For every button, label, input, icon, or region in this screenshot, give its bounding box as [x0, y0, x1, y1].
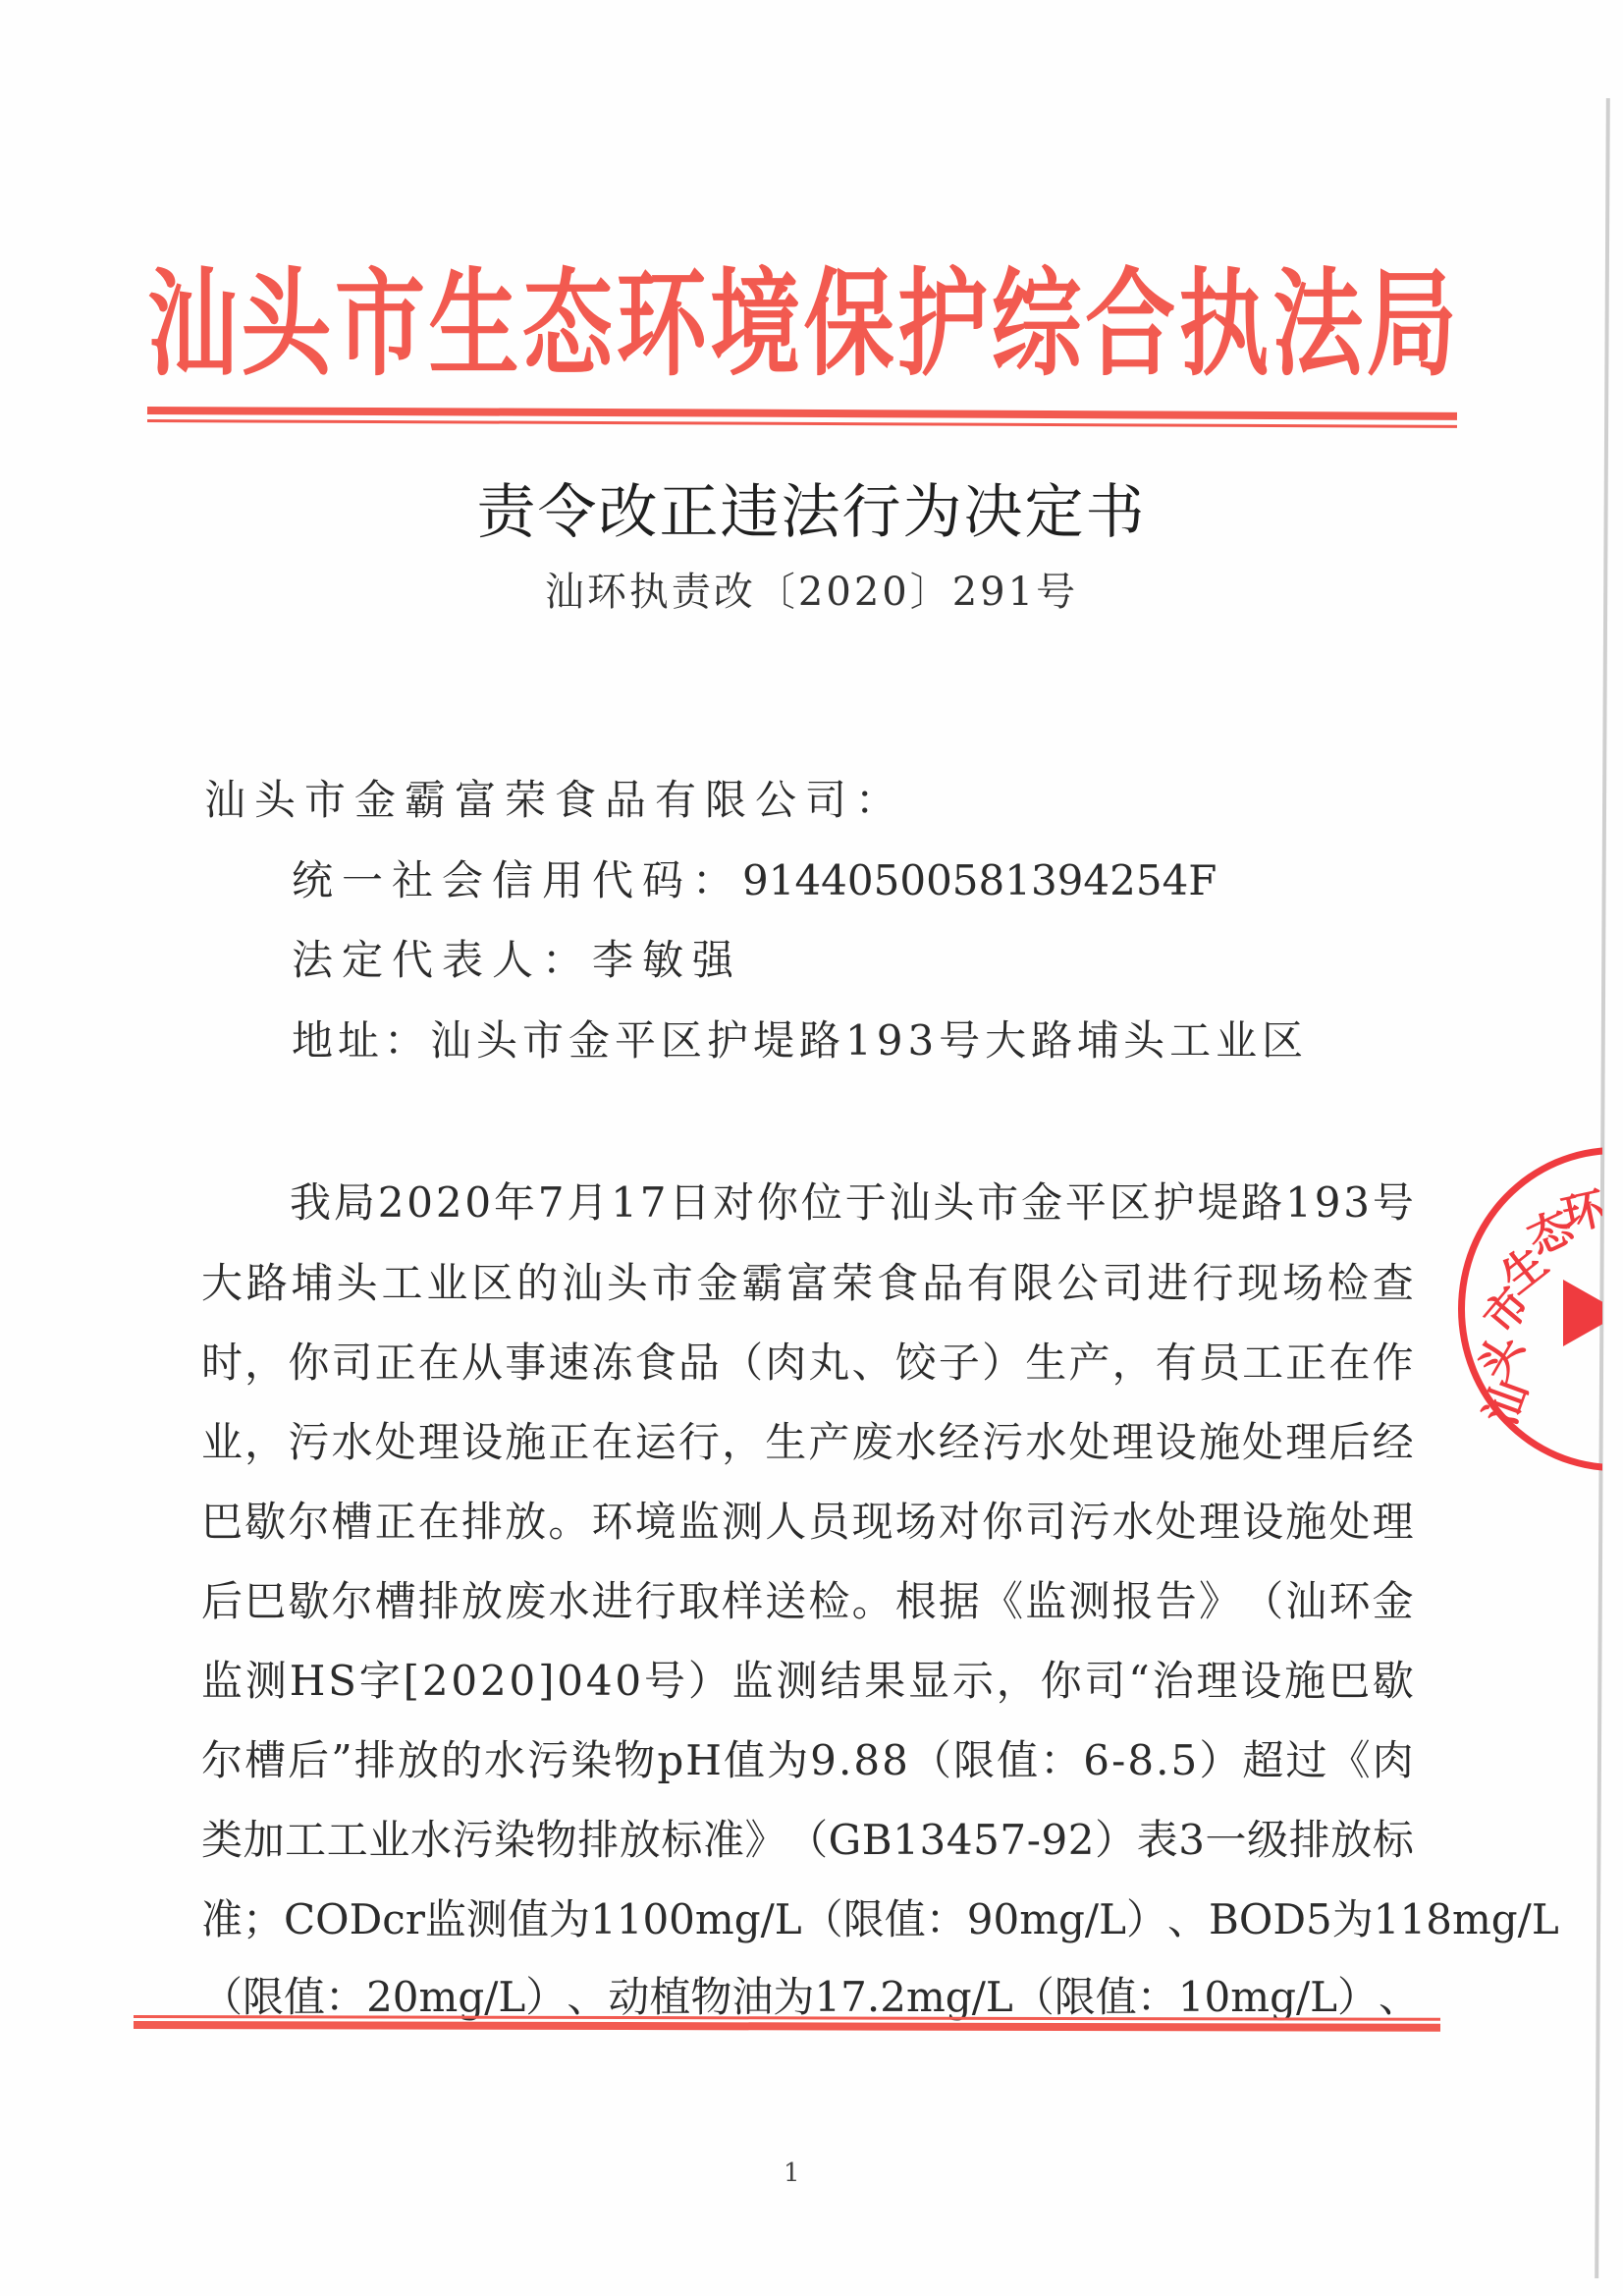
body-text: 大路埔头工业区的汕头市金霸富荣食品有限公司进行现场检查: [201, 1254, 1414, 1313]
body-text: 巴歇尔槽正在排放。环境监测人员现场对你司污水处理设施处理: [201, 1493, 1414, 1552]
document-number: 汕环执责改〔2020〕291号: [0, 565, 1623, 620]
letterhead-char: 境: [710, 250, 800, 398]
credit-code-row: 统一社会信用代码：91440500581394254F: [292, 851, 1217, 910]
body-line: 大路埔头工业区的汕头市金霸富荣食品有限公司进行现场检查: [201, 1254, 1414, 1313]
letterhead-char: 市: [335, 250, 425, 398]
credit-code-value: 91440500581394254F: [742, 856, 1217, 904]
body-text: 时，你司正在从事速冻食品（肉丸、饺子）生产，有员工正在作: [201, 1334, 1414, 1393]
body-text: 尔槽后”排放的水污染物pH值为9.88（限值：6-8.5）超过《肉: [201, 1731, 1414, 1790]
letterhead-char: 环: [617, 250, 707, 398]
body-line: 尔槽后”排放的水污染物pH值为9.88（限值：6-8.5）超过《肉: [201, 1731, 1414, 1790]
letterhead-char: 保: [804, 250, 894, 398]
page-number: 1: [784, 2159, 800, 2188]
body-text: 准；CODcr监测值为1100mg/L（限值：90mg/L）、BOD5为118m…: [201, 1890, 1414, 1949]
body-text: 类加工工业水污染物排放标准》（GB13457-92）表3一级排放标: [201, 1811, 1414, 1870]
seal-char: 环: [1555, 1173, 1602, 1243]
body-text: 后巴歇尔槽排放废水进行取样送检。根据《监测报告》（汕环金: [201, 1572, 1414, 1631]
seal-char: 生: [1486, 1229, 1558, 1305]
letterhead-char: 头: [242, 250, 332, 398]
body-text: 我局2020年7月17日对你位于汕头市金平区护堤路193号: [290, 1174, 1414, 1232]
document-title: 责令改正违法行为决定书: [0, 473, 1623, 552]
seal-char: 市: [1466, 1272, 1542, 1345]
legal-rep-row: 法定代表人：李敏强: [292, 931, 742, 990]
body-line: 时，你司正在从事速冻食品（肉丸、饺子）生产，有员工正在作: [201, 1334, 1414, 1393]
legal-rep-value: 李敏强: [592, 936, 742, 984]
body-line: 巴歇尔槽正在排放。环境监测人员现场对你司污水处理设施处理: [201, 1493, 1414, 1552]
body-line: 后巴歇尔槽排放废水进行取样送检。根据《监测报告》（汕环金: [201, 1572, 1414, 1631]
letterhead-char: 合: [1085, 250, 1175, 398]
footer-thick-rule: [134, 2021, 1440, 2032]
letterhead-char: 生: [429, 250, 519, 398]
body-line: 准；CODcr监测值为1100mg/L（限值：90mg/L）、BOD5为118m…: [201, 1890, 1414, 1949]
letterhead-char: 执: [1179, 250, 1270, 398]
recipient-company: 汕头市金霸富荣食品有限公司：: [204, 771, 905, 830]
seal-char: 态: [1516, 1192, 1582, 1268]
letterhead-char: 法: [1272, 250, 1363, 398]
address-row: 地址：汕头市金平区护堤路193号大路埔头工业区: [292, 1011, 1308, 1070]
address-label: 地址：: [292, 1016, 430, 1065]
legal-rep-label: 法定代表人：: [292, 936, 592, 984]
header-thick-rule: [147, 407, 1457, 420]
seal-char: 汕: [1465, 1370, 1539, 1432]
document-page: 汕 头 市 生 态 环 境 保 护 综 合 执 法 局 责令改正违法行为决定书 …: [0, 0, 1623, 2296]
body-line: 类加工工业水污染物排放标准》（GB13457-92）表3一级排放标: [201, 1811, 1414, 1870]
body-text: 业，污水处理设施正在运行，生产废水经污水处理设施处理后经: [201, 1413, 1414, 1472]
seal-char: 头: [1459, 1321, 1535, 1390]
address-value: 汕头市金平区护堤路193号大路埔头工业区: [430, 1016, 1308, 1065]
header-thin-rule: [147, 419, 1457, 428]
letterhead-char: 综: [992, 250, 1082, 398]
seal-ring: [1458, 1147, 1602, 1471]
letterhead-char: 护: [897, 250, 988, 398]
body-line: 我局2020年7月17日对你位于汕头市金平区护堤路193号: [290, 1174, 1414, 1232]
body-line: 监测HS字[2020]040号）监测结果显示，你司“治理设施巴歇: [201, 1652, 1414, 1711]
scan-edge-line: [1595, 98, 1610, 2278]
credit-code-label: 统一社会信用代码：: [292, 856, 742, 904]
letterhead-char: 态: [522, 250, 613, 398]
seal-star-icon: [1563, 1280, 1602, 1346]
letterhead-char: 汕: [147, 250, 238, 398]
letterhead-title: 汕 头 市 生 态 环 境 保 护 综 合 执 法 局: [147, 250, 1457, 398]
body-line: 业，污水处理设施正在运行，生产废水经污水处理设施处理后经: [201, 1413, 1414, 1472]
letterhead-char: 局: [1367, 250, 1457, 398]
body-text: 监测HS字[2020]040号）监测结果显示，你司“治理设施巴歇: [201, 1652, 1414, 1711]
